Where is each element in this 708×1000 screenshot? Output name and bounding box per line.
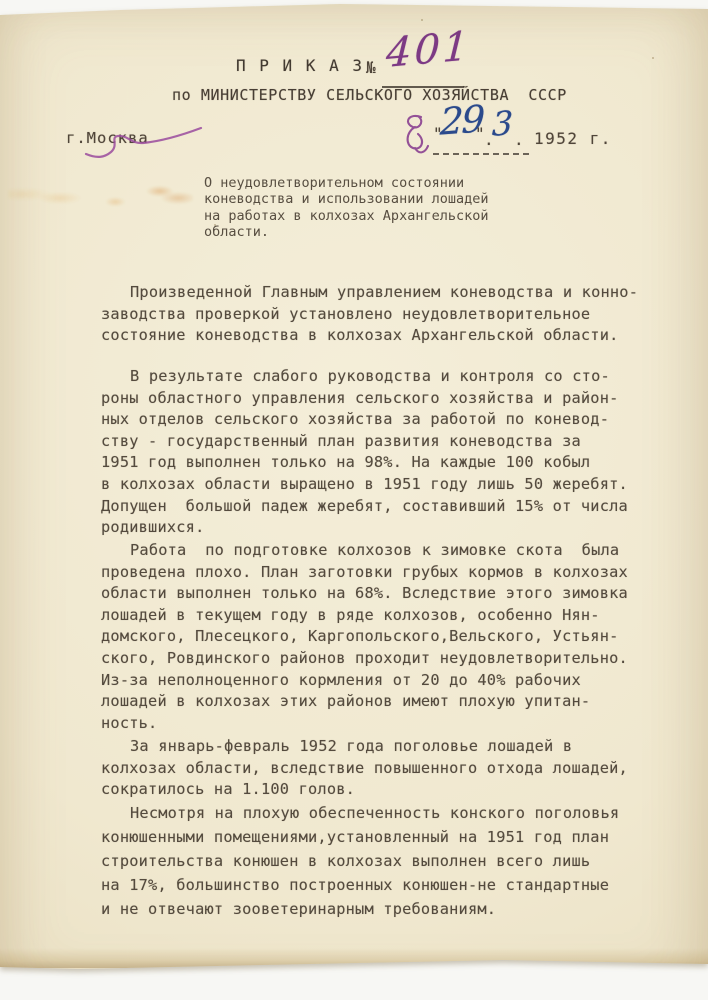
subject-line: на работах в колхозах Архангельской (204, 208, 488, 224)
paper-bottom-edge (0, 948, 708, 968)
paragraph: Произведенной Главным управлением конево… (101, 282, 691, 347)
body-line: области выполнен только на 68%. Вследств… (101, 583, 691, 605)
ministry-line: по МИНИСТЕРСТВУ СЕЛЬСКОГО ХОЗЯЙСТВА СССР (172, 86, 567, 104)
body-line: в колхозах области выращено в 1951 году … (101, 474, 691, 496)
date-underline (433, 149, 529, 155)
paper-sheet: П Р И К А З № 401 по МИНИСТЕРСТВУ СЕЛЬСК… (0, 0, 708, 1000)
paper-speck (421, 19, 423, 21)
subject-line: коневодства и использовании лошадей (204, 191, 488, 207)
body-line: на 17%, большинство построенных конюшен-… (101, 874, 691, 898)
body-line: За январь-февраль 1952 года поголовье ло… (101, 736, 691, 758)
order-number-handwritten: 401 (385, 26, 472, 74)
paper-sheet-wrap: П Р И К А З № 401 по МИНИСТЕРСТВУ СЕЛЬСК… (0, 0, 708, 1000)
body-line: сократилось на 1.100 голов. (101, 779, 691, 801)
body-line: Допущен большой падеж жеребят, составивш… (101, 496, 691, 518)
subject-line: области. (204, 224, 488, 240)
body-line: заводства проверкой установлено неудовле… (101, 304, 691, 326)
body-line: ных отделов сельского хозяйства за работ… (101, 409, 691, 431)
date-year: 1952 г. (534, 129, 612, 148)
body-line: состояние коневодства в колхозах Арханге… (101, 325, 691, 347)
paper-stain (8, 176, 193, 214)
subject-block: О неудовлетворительном состоянии коневод… (204, 175, 488, 240)
body-line: конюшенными помещениями,установленный на… (101, 826, 691, 850)
body-line: Несмотря на плохую обеспеченность конско… (101, 802, 691, 826)
body-line: родившихся. (101, 517, 691, 539)
scanned-document-page: П Р И К А З № 401 по МИНИСТЕРСТВУ СЕЛЬСК… (0, 0, 708, 1000)
pen-flourish-before-date (400, 112, 432, 156)
pen-squiggle-over-city (84, 124, 204, 160)
body-line: ность. (101, 713, 691, 735)
body-line: ского, Ровдинского районов проходит неуд… (101, 648, 691, 670)
body-line: колхозах области, вследствие повышенного… (101, 758, 691, 780)
body-line: Работа по подготовке колхозов к зимовке … (101, 540, 691, 562)
body-line: строительства конюшен в колхозах выполне… (101, 850, 691, 874)
paragraph: В результате слабого руководства и контр… (101, 366, 691, 539)
body-line: лошадей в колхозах этих районов имеют пл… (101, 691, 691, 713)
paragraph: Несмотря на плохую обеспеченность конско… (101, 802, 691, 922)
body-line: ству - государственный план развития кон… (101, 431, 691, 453)
body-line: В результате слабого руководства и контр… (101, 366, 691, 388)
date-dot-2: . (514, 130, 524, 149)
body-line: роны областного управления сельского хоз… (101, 388, 691, 410)
body-line: 1951 год выполнен только на 98%. На кажд… (101, 452, 691, 474)
paragraph: За январь-февраль 1952 года поголовье ло… (101, 736, 691, 801)
body-line: Из-за неполноценного кормления от 20 до … (101, 670, 691, 692)
body-line: проведена плохо. План заготовки грубых к… (101, 562, 691, 584)
order-number-sign: № (366, 58, 376, 77)
body-line: Произведенной Главным управлением конево… (101, 282, 691, 304)
date-month-handwritten: 3 (491, 106, 513, 141)
subject-line: О неудовлетворительном состоянии (204, 175, 488, 191)
paragraph: Работа по подготовке колхозов к зимовке … (101, 540, 691, 734)
body-line: домского, Плесецкого, Каргопольского,Вел… (101, 626, 691, 648)
body-line: и не отвечают зооветеринарным требования… (101, 898, 691, 922)
order-title: П Р И К А З (236, 56, 364, 75)
paper-speck (652, 57, 654, 59)
body-line: лошадей в текущем году в ряде колхозов, … (101, 605, 691, 627)
